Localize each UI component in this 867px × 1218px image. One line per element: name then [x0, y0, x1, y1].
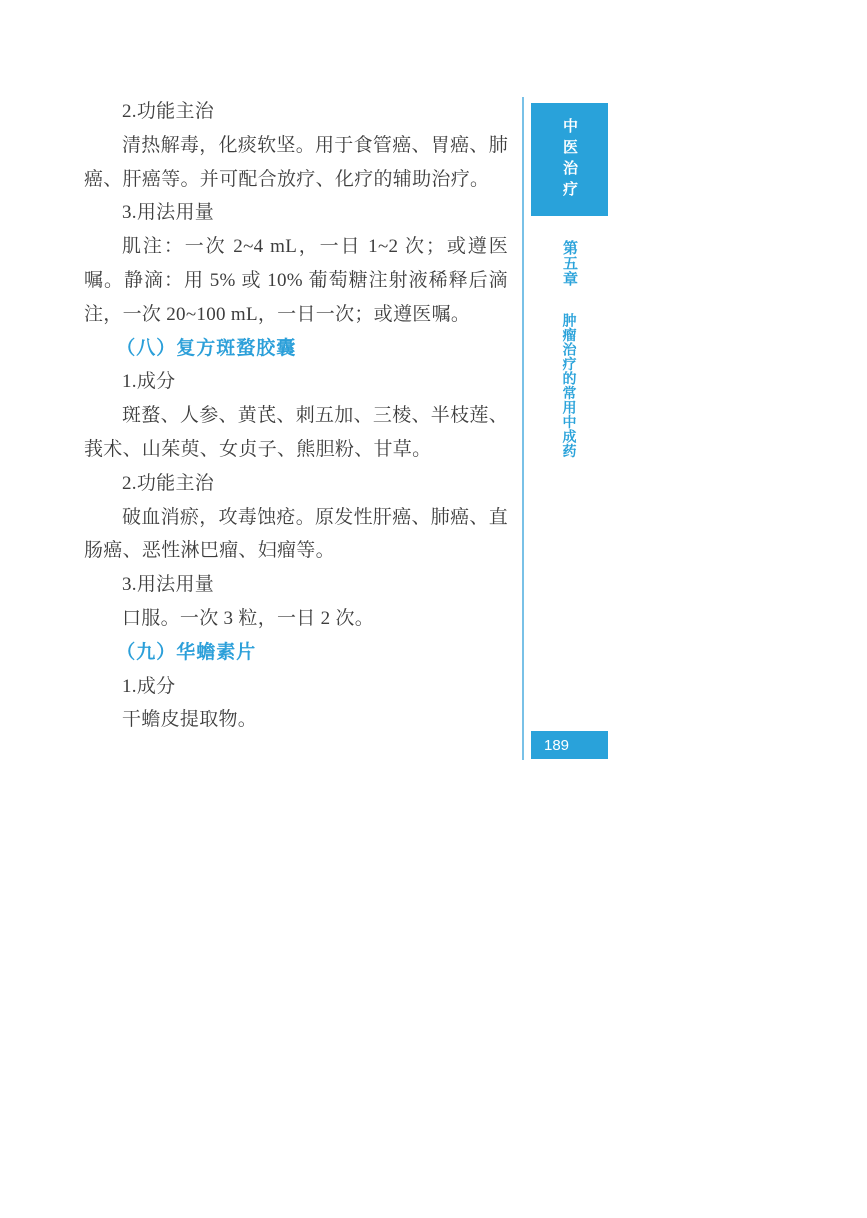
book-page: 2.功能主治 清热解毒，化痰软坚。用于食管癌、胃癌、肺癌、肝癌等。并可配合放疗、… — [0, 0, 867, 1218]
chapter-title: 肿瘤治疗的常用中成药 — [531, 313, 608, 458]
body-paragraph: 肌注：一次 2~4 mL，一日 1~2 次；或遵医嘱。静滴：用 5% 或 10%… — [84, 230, 508, 331]
section-heading: （九）华蟾素片 — [84, 636, 508, 670]
body-paragraph: 干蟾皮提取物。 — [84, 703, 508, 737]
numbered-item: 3.用法用量 — [84, 568, 508, 602]
numbered-item: 3.用法用量 — [84, 196, 508, 230]
numbered-item: 2.功能主治 — [84, 467, 508, 501]
page-number: 189 — [544, 737, 569, 754]
body-paragraph: 破血消瘀，攻毒蚀疮。原发性肝癌、肺癌、直肠癌、恶性淋巴瘤、妇瘤等。 — [84, 501, 508, 569]
body-paragraph: 口服。一次 3 粒，一日 2 次。 — [84, 602, 508, 636]
section-heading: （八）复方斑蝥胶囊 — [84, 332, 508, 366]
sidebar-rule — [522, 97, 524, 760]
main-text-column: 2.功能主治 清热解毒，化痰软坚。用于食管癌、胃癌、肺癌、肝癌等。并可配合放疗、… — [84, 95, 508, 737]
chapter-number: 第五章 — [531, 240, 608, 287]
body-paragraph: 清热解毒，化痰软坚。用于食管癌、胃癌、肺癌、肝癌等。并可配合放疗、化疗的辅助治疗… — [84, 129, 508, 197]
chapter-number-label: 第五章 — [559, 240, 580, 287]
numbered-item: 2.功能主治 — [84, 95, 508, 129]
thumb-tab-label: 中医治疗 — [559, 118, 580, 202]
chapter-title-label: 肿瘤治疗的常用中成药 — [560, 313, 580, 458]
numbered-item: 1.成分 — [84, 670, 508, 704]
page-number-badge: 189 — [531, 731, 608, 759]
numbered-item: 1.成分 — [84, 365, 508, 399]
body-paragraph: 斑蝥、人参、黄芪、刺五加、三棱、半枝莲、莪术、山茱萸、女贞子、熊胆粉、甘草。 — [84, 399, 508, 467]
chapter-thumb-tab: 中医治疗 — [531, 103, 608, 216]
